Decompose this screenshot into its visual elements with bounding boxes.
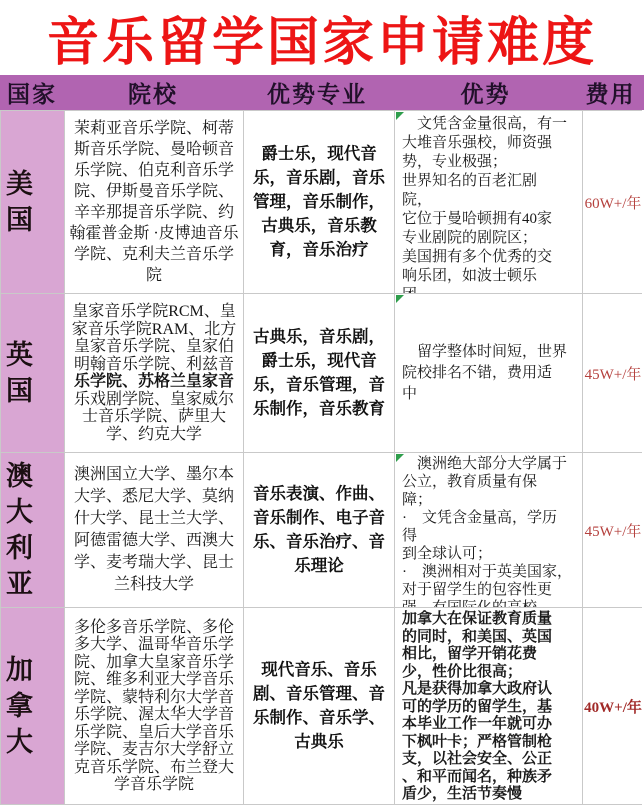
header-majors: 优势专业 [242, 76, 392, 109]
music-study-abroad-table-page: 音乐留学国家申请难度 国家 院校 优势专业 优势 费用 美国 茉莉亚音乐学院、柯… [0, 0, 644, 806]
advantages-cell-canada: 加拿大在保证教育质量 的同时，和美国、英国 相比，留学开销花费 少，性价比很高；… [395, 608, 582, 804]
country-cell-canada: 加拿大 [1, 608, 64, 804]
country-cell-uk: 英国 [1, 294, 64, 452]
advantages-cell-uk: 留学整体时间短，世界 院校排名不错，费用适 中 [395, 294, 582, 452]
page-title: 音乐留学国家申请难度 [0, 0, 644, 75]
schools-cell-uk: 皇家音乐学院RCM、皇家音乐学院RAM、北方皇家音乐学院、皇家伯明翰音乐学院、利… [65, 294, 243, 452]
majors-cell-canada: 现代音乐、音乐剧、音乐管理、音乐制作、音乐学、古典乐 [244, 608, 394, 804]
advantages-cell-australia: 澳洲绝大部分大学属于 公立，教育质量有保 障； · 文凭含金量高，学历 得 到全… [395, 453, 582, 607]
schools-text: 皇家音乐学院RCM、皇家音乐学院RAM、北方皇家音乐学院、皇家伯明翰音乐学院、利… [68, 303, 240, 443]
country-cell-australia: 澳大利亚 [1, 453, 64, 607]
fee-cell-canada: 40W+/年 [583, 608, 643, 804]
majors-cell-usa: 爵士乐，现代音乐，音乐剧，音乐管理，音乐制作，古典乐，音乐教育，音乐治疗 [244, 111, 394, 293]
advantages-text: 加拿大在保证教育质量 的同时，和美国、英国 相比，留学开销花费 少，性价比很高；… [395, 608, 582, 804]
schools-cell-australia: 澳洲国立大学、墨尔本大学、悉尼大学、莫纳什大学、昆士兰大学、阿德雷德大学、西澳大… [65, 453, 243, 607]
header-advantages: 优势 [392, 76, 579, 109]
comment-marker-icon [396, 112, 404, 120]
schools-text: 澳洲国立大学、墨尔本大学、悉尼大学、莫纳什大学、昆士兰大学、阿德雷德大学、西澳大… [68, 464, 240, 596]
advantages-text: 文凭含金量很高，有一 大堆音乐强校，师资强 势，专业极强； 世界知名的百老汇剧 … [395, 111, 582, 293]
table-header-row: 国家 院校 优势专业 优势 费用 [0, 75, 644, 110]
schools-text: 多伦多音乐学院、多伦多大学、温哥华音乐学院、加拿大皇家音乐学院、维多利亚大学音乐… [68, 619, 240, 794]
header-schools: 院校 [64, 76, 242, 109]
comment-marker-icon [396, 295, 404, 303]
advantages-text: 留学整体时间短，世界 院校排名不错，费用适 中 [395, 342, 569, 405]
fee-cell-australia: 45W+/年 [583, 453, 643, 607]
comment-marker-icon [396, 454, 404, 462]
country-cell-usa: 美国 [1, 111, 64, 293]
header-fee: 费用 [579, 76, 642, 109]
advantages-text: 澳洲绝大部分大学属于 公立，教育质量有保 障； · 文凭含金量高，学历 得 到全… [395, 453, 582, 607]
header-country: 国家 [0, 76, 64, 109]
schools-cell-usa: 茉莉亚音乐学院、柯蒂斯音乐学院、曼哈顿音乐学院、伯克利音乐学院、伊斯曼音乐学院、… [65, 111, 243, 293]
table-body: 美国 茉莉亚音乐学院、柯蒂斯音乐学院、曼哈顿音乐学院、伯克利音乐学院、伊斯曼音乐… [0, 110, 642, 805]
schools-segment: 乐戏剧学院、皇家威尔士音乐学院、萨里大学、约克大学 [74, 391, 234, 443]
majors-cell-uk: 古典乐，音乐剧，爵士乐，现代音乐，音乐管理，音乐制作，音乐教育 [244, 294, 394, 452]
schools-segment: 皇家音乐学院RCM、皇家音乐学院RAM、北方皇家音乐学院、皇家伯明翰音乐学院、利… [72, 303, 236, 373]
schools-segment-bold: 乐学院、苏格兰皇家音 [74, 373, 234, 390]
fee-cell-uk: 45W+/年 [583, 294, 643, 452]
fee-cell-usa: 60W+/年 [583, 111, 643, 293]
majors-cell-australia: 音乐表演、作曲、音乐制作、电子音乐、音乐治疗、音乐理论 [244, 453, 394, 607]
schools-cell-canada: 多伦多音乐学院、多伦多大学、温哥华音乐学院、加拿大皇家音乐学院、维多利亚大学音乐… [65, 608, 243, 804]
advantages-cell-usa: 文凭含金量很高，有一 大堆音乐强校，师资强 势，专业极强； 世界知名的百老汇剧 … [395, 111, 582, 293]
schools-text: 茉莉亚音乐学院、柯蒂斯音乐学院、曼哈顿音乐学院、伯克利音乐学院、伊斯曼音乐学院、… [68, 118, 240, 286]
